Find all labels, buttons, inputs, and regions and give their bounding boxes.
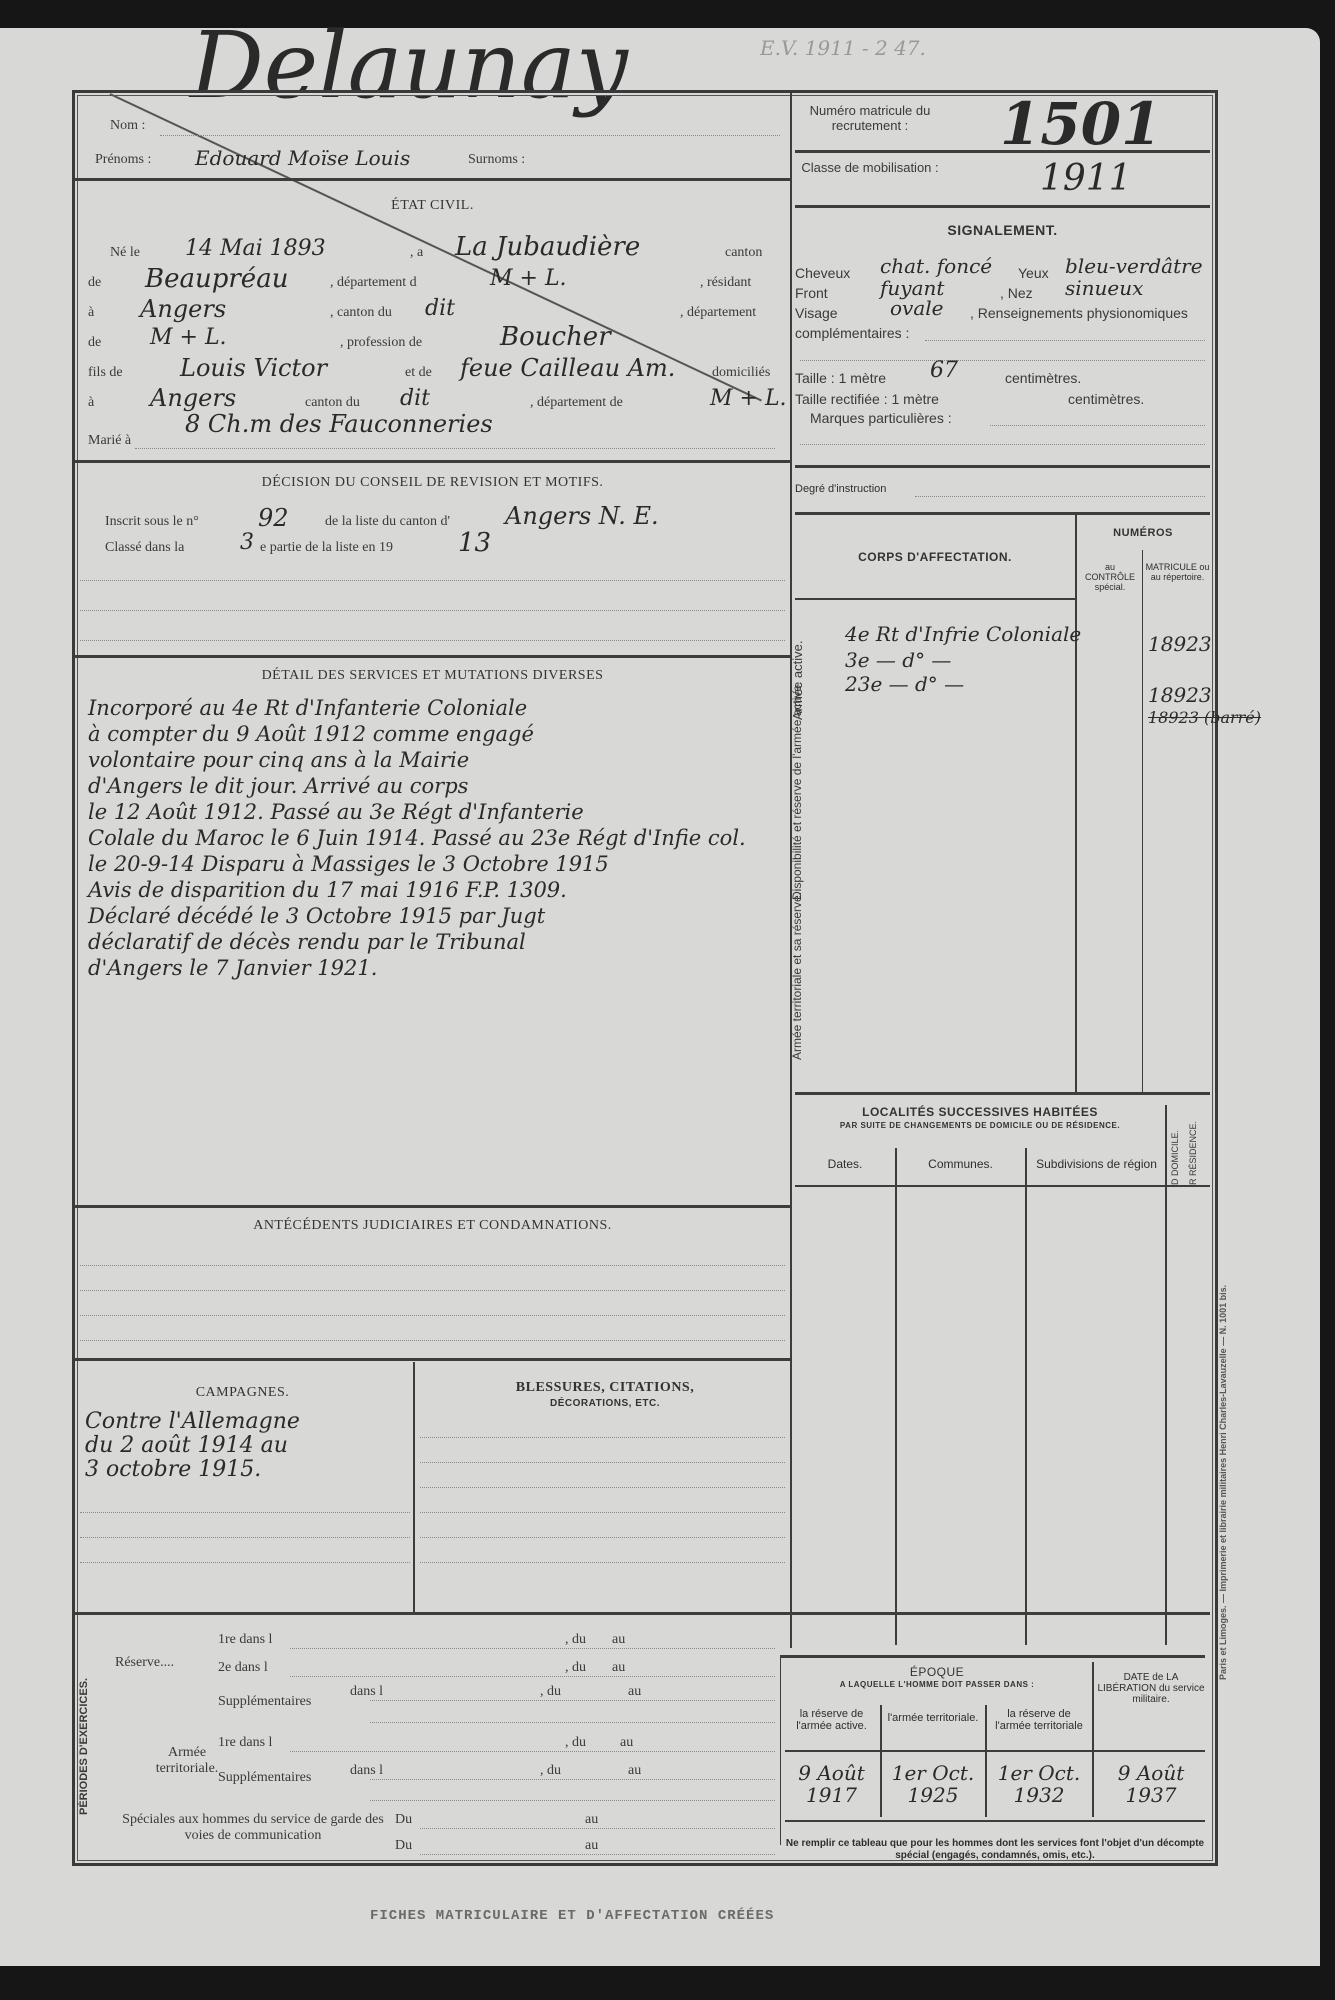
partie-value: 3: [240, 530, 254, 555]
rule: [370, 1779, 775, 1780]
departement2-label: , département: [680, 305, 756, 321]
liberation-date: 9 Août 1937: [1095, 1762, 1207, 1806]
canton-du-label: , canton du: [330, 305, 392, 321]
campagne-line: du 2 août 1914 au: [85, 1434, 300, 1458]
cheveux-label: Cheveux: [795, 265, 850, 281]
visage-value: ovale: [890, 296, 944, 320]
yeux-value: bleu-verdâtre: [1065, 254, 1203, 278]
renseignements-label: , Renseignements physionomiques: [970, 305, 1188, 321]
degre-instruction-label: Degré d'instruction: [795, 483, 886, 495]
taille-value: 67: [930, 358, 958, 383]
rule: [370, 1800, 775, 1801]
campagnes-title: CAMPAGNES.: [75, 1385, 410, 1401]
rule: [80, 580, 785, 581]
ne-le-label: Né le: [110, 245, 140, 261]
au-label: au: [620, 1735, 633, 1751]
rule: [290, 1648, 775, 1649]
residant-label: , résidant: [700, 275, 751, 291]
rule: [915, 496, 1205, 497]
pencil-note: E.V. 1911 - 2 47.: [760, 36, 926, 60]
rule: [785, 1820, 1205, 1822]
date-liberation-title: DATE de LA LIBÉRATION du service militai…: [1095, 1672, 1207, 1705]
services-line: d'Angers le 7 Janvier 1921.: [88, 955, 788, 981]
rule: [370, 1700, 775, 1701]
rule: [75, 1205, 790, 1208]
premiere-label: 1re dans l: [218, 1632, 272, 1648]
du-label: , du: [565, 1632, 586, 1648]
rule: [985, 1705, 987, 1817]
corps-title: CORPS D'AFFECTATION.: [800, 550, 1070, 564]
inscrit-value: 92: [258, 504, 289, 532]
deuxieme-label: 2e dans l: [218, 1660, 268, 1676]
prenoms-label: Prénoms :: [95, 152, 151, 168]
rule: [420, 1437, 785, 1438]
corps-rows: 4e Rt d'Infrie Coloniale 3e — d° — 23e —…: [845, 622, 1081, 696]
services-line: d'Angers le dit jour. Arrivé au corps: [88, 773, 788, 799]
rule: [75, 1358, 790, 1361]
rule: [75, 655, 790, 658]
col-dates: Dates.: [800, 1157, 890, 1171]
blessures-subtitle: DÉCORATIONS, ETC.: [420, 1398, 790, 1409]
au-label: au: [628, 1763, 641, 1779]
rule: [75, 460, 790, 463]
rule: [420, 1487, 785, 1488]
Du-label: Du: [395, 1812, 412, 1828]
nez-label: , Nez: [1000, 285, 1033, 301]
du-label: , du: [565, 1735, 586, 1751]
localites-title: LOCALITÉS SUCCESSIVES HABITÉES: [795, 1105, 1165, 1119]
au-label: au: [612, 1660, 625, 1676]
matricule-repertoire-label: MATRICULE ou au répertoire.: [1145, 562, 1210, 582]
controle-label: au CONTRÔLE spécial.: [1080, 562, 1140, 592]
domicile-value: Angers: [150, 384, 236, 412]
au-label: au: [585, 1812, 598, 1828]
departement-value: M + L.: [490, 266, 567, 291]
cheveux-value: chat. foncé: [880, 254, 992, 278]
canton-d-value: dit: [400, 386, 430, 411]
services-text: Incorporé au 4e Rt d'Infanterie Colonial…: [88, 695, 788, 981]
fils-label: fils de: [88, 365, 123, 381]
services-line: Incorporé au 4e Rt d'Infanterie Colonial…: [88, 695, 788, 721]
rule: [290, 1676, 775, 1677]
supplementaires-label: Supplémentaires: [218, 1694, 311, 1710]
blessures-title: BLESSURES, CITATIONS,: [420, 1380, 790, 1396]
classe-value: 1911: [1040, 158, 1132, 199]
yeux-label: Yeux: [1018, 265, 1049, 281]
numeros-title: NUMÉROS: [1078, 527, 1208, 539]
rule: [780, 1655, 1205, 1658]
rule: [785, 1750, 1205, 1752]
rule: [420, 1537, 785, 1538]
departement3-value: M + L.: [710, 386, 787, 411]
nom-line: [160, 135, 780, 136]
rule: [370, 1722, 775, 1723]
antecedents-title: ANTÉCÉDENTS JUDICIAIRES ET CONDAMNATIONS…: [75, 1218, 790, 1234]
services-line: volontaire pour cinq ans à la Mairie: [88, 747, 788, 773]
premiere-label: 1re dans l: [218, 1735, 272, 1751]
a-label: , a: [410, 245, 423, 261]
rule: [795, 205, 1210, 208]
matricule-number-struck: 18923 (barré): [1148, 708, 1261, 727]
surnoms-label: Surnoms :: [468, 152, 525, 168]
rule: [80, 1290, 785, 1291]
rule: [795, 1185, 1210, 1187]
partie-label: e partie de la liste en 19: [260, 540, 393, 556]
taille-label: Taille : 1 mètre: [795, 370, 886, 386]
campagnes-text: Contre l'Allemagne du 2 août 1914 au 3 o…: [85, 1410, 300, 1482]
annee-value: 13: [458, 528, 491, 558]
rule: [80, 610, 785, 611]
complementaires-label: complémentaires :: [795, 325, 909, 341]
de-label: de: [88, 275, 101, 291]
rule: [80, 1562, 410, 1563]
address-value: 8 Ch.m des Fauconneries: [185, 410, 493, 438]
matricule-value: 1501: [1000, 90, 1161, 158]
departement-label: , département d: [330, 275, 417, 291]
reserve-territoriale-date: 1er Oct. 1932: [988, 1762, 1090, 1806]
epoque-note: Ne remplir ce tableau que pour les homme…: [785, 1838, 1205, 1862]
rule: [1092, 1662, 1094, 1817]
au-label: au: [585, 1838, 598, 1854]
classe-dans-label: Classé dans la: [105, 540, 184, 556]
au-label: au: [612, 1632, 625, 1648]
rule: [780, 1655, 781, 1845]
father-value: Louis Victor: [180, 354, 327, 382]
rule: [420, 1462, 785, 1463]
services-line: à compter du 9 Août 1912 comme engagé: [88, 721, 788, 747]
de2-label: de: [88, 335, 101, 351]
domicilies-label: domiciliés: [712, 365, 770, 381]
col-domicile: D DOMICILE.: [1170, 1105, 1180, 1185]
centimetres2-label: centimètres.: [1068, 391, 1144, 407]
inscrit-label: Inscrit sous le n°: [105, 514, 199, 530]
rule: [795, 1092, 1210, 1095]
Du-label: Du: [395, 1838, 412, 1854]
marques-label: Marques particulières :: [810, 410, 952, 426]
departement3-label: , département de: [530, 395, 623, 411]
services-title: DÉTAIL DES SERVICES ET MUTATIONS DIVERSE…: [75, 668, 790, 684]
visage-label: Visage: [795, 305, 838, 321]
rule: [413, 1362, 415, 1612]
supplementaires-label: Supplémentaires: [218, 1770, 311, 1786]
au-label: au: [628, 1684, 641, 1700]
rule: [795, 512, 1210, 515]
epoque-title: ÉPOQUE: [782, 1665, 1092, 1679]
taille-rectifiee-label: Taille rectifiée : 1 mètre: [795, 391, 939, 407]
domicile-a-label: à: [88, 395, 94, 411]
rule: [795, 598, 1075, 600]
matricule-number: 18923: [1148, 632, 1212, 656]
rule: [80, 1537, 410, 1538]
nom-label: Nom :: [110, 118, 145, 134]
du-label: , du: [540, 1763, 561, 1779]
matricule-number: 18923: [1148, 683, 1212, 707]
services-line: Déclaré décédé le 3 Octobre 1915 par Jug…: [88, 903, 788, 929]
rule: [990, 425, 1205, 426]
rule: [420, 1854, 775, 1855]
corps-row: 3e — d° —: [845, 648, 1081, 672]
front-label: Front: [795, 285, 828, 301]
signalement-title: SIGNALEMENT.: [795, 222, 1210, 238]
rule: [795, 465, 1210, 468]
marie-line: [135, 448, 775, 449]
du-label: , du: [540, 1684, 561, 1700]
rule: [80, 1315, 785, 1316]
rule: [80, 1340, 785, 1341]
services-line: Colale du Maroc le 6 Juin 1914. Passé au…: [88, 825, 788, 851]
canton-d-label: canton du: [305, 395, 360, 411]
matricule-label: Numéro matricule du recrutement :: [800, 103, 940, 133]
profession-value: Boucher: [500, 322, 611, 352]
campagne-line: Contre l'Allemagne: [85, 1410, 300, 1434]
armee-territoriale-label: Armée territoriale et sa réserve.: [790, 900, 804, 1060]
du-label: , du: [565, 1660, 586, 1676]
rule: [75, 1612, 1210, 1615]
residence-value: Angers: [140, 295, 226, 323]
rule: [880, 1705, 882, 1817]
canton-value: Beaupréau: [145, 264, 288, 294]
reserve-label: Réserve....: [115, 1655, 174, 1671]
prenoms-value: Edouard Moïse Louis: [195, 146, 410, 170]
col-residence: R RÉSIDENCE.: [1188, 1105, 1198, 1185]
col-armee-territoriale: l'armée territoriale.: [883, 1712, 983, 1724]
rule: [1025, 1148, 1027, 1645]
rule: [1075, 512, 1077, 1092]
dans-label: dans l: [350, 1684, 383, 1700]
etat-civil-title: ÉTAT CIVIL.: [75, 198, 790, 214]
rule: [75, 178, 790, 181]
reserve-active-date: 9 Août 1917: [785, 1762, 878, 1806]
marie-label: Marié à: [88, 433, 131, 449]
nez-value: sinueux: [1065, 276, 1143, 300]
classe-label: Classe de mobilisation :: [800, 160, 940, 175]
rule: [420, 1828, 775, 1829]
mother-value: feue Cailleau Am.: [460, 354, 675, 382]
rule: [925, 340, 1205, 341]
disponibilite-label: Disponibilité et réserve de l'armée acti…: [790, 710, 804, 900]
residant-a-label: à: [88, 305, 94, 321]
canton-liste-value: Angers N. E.: [505, 502, 659, 530]
rule: [80, 1265, 785, 1266]
rule: [80, 640, 785, 641]
speciales-label: Spéciales aux hommes du service de garde…: [118, 1812, 388, 1844]
canton-du-value: dit: [425, 296, 455, 321]
armee-territoriale-date: 1er Oct. 1925: [883, 1762, 983, 1806]
armee-territoriale-periode-label: Armée territoriale.: [152, 1745, 222, 1777]
services-line: le 12 Août 1912. Passé au 3e Régt d'Infa…: [88, 799, 788, 825]
col-subdivisions: Subdivisions de région: [1028, 1157, 1165, 1171]
col-reserve-territoriale: la réserve de l'armée territoriale: [988, 1708, 1090, 1732]
liste-canton-label: de la liste du canton d': [325, 514, 450, 530]
birth-place-value: La Jubaudière: [455, 232, 640, 262]
profession-label: , profession de: [340, 335, 422, 351]
corps-row: 4e Rt d'Infrie Coloniale: [845, 622, 1081, 646]
rule: [420, 1562, 785, 1563]
campagne-line: 3 octobre 1915.: [85, 1458, 300, 1482]
rule: [800, 360, 1205, 361]
birth-date-value: 14 Mai 1893: [185, 236, 326, 261]
rule: [420, 1512, 785, 1513]
localites-subtitle: PAR SUITE DE CHANGEMENTS DE DOMICILE OU …: [795, 1121, 1165, 1130]
services-line: le 20-9-14 Disparu à Massiges le 3 Octob…: [88, 851, 788, 877]
rule: [80, 1512, 410, 1513]
decision-title: DÉCISION DU CONSEIL DE REVISION ET MOTIF…: [75, 475, 790, 491]
rule: [895, 1148, 897, 1645]
canton-label: canton: [725, 245, 762, 261]
rule: [795, 150, 1210, 153]
col-reserve-active: la réserve de l'armée active.: [785, 1708, 878, 1732]
rule: [290, 1751, 775, 1752]
centimetres-label: centimètres.: [1005, 370, 1081, 386]
departement2-value: M + L.: [150, 325, 227, 350]
rule: [1142, 550, 1143, 1092]
et-de-label: et de: [405, 365, 432, 381]
corps-row: 23e — d° —: [845, 672, 1081, 696]
printer-imprint: Paris et Limoges. — Imprimerie et librai…: [1218, 1080, 1228, 1680]
rule: [800, 444, 1205, 445]
dans-label: dans l: [350, 1763, 383, 1779]
stamp-text: FICHES MATRICULAIRE ET D'AFFECTATION CRÉ…: [370, 1908, 774, 1924]
services-line: déclaratif de décès rendu par le Tribuna…: [88, 929, 788, 955]
services-line: Avis de disparition du 17 mai 1916 F.P. …: [88, 877, 788, 903]
periodes-label: PÉRIODES D'EXERCICES.: [78, 1615, 90, 1815]
epoque-subtitle: A LAQUELLE L'HOMME DOIT PASSER DANS :: [782, 1680, 1092, 1689]
col-communes: Communes.: [898, 1157, 1023, 1171]
